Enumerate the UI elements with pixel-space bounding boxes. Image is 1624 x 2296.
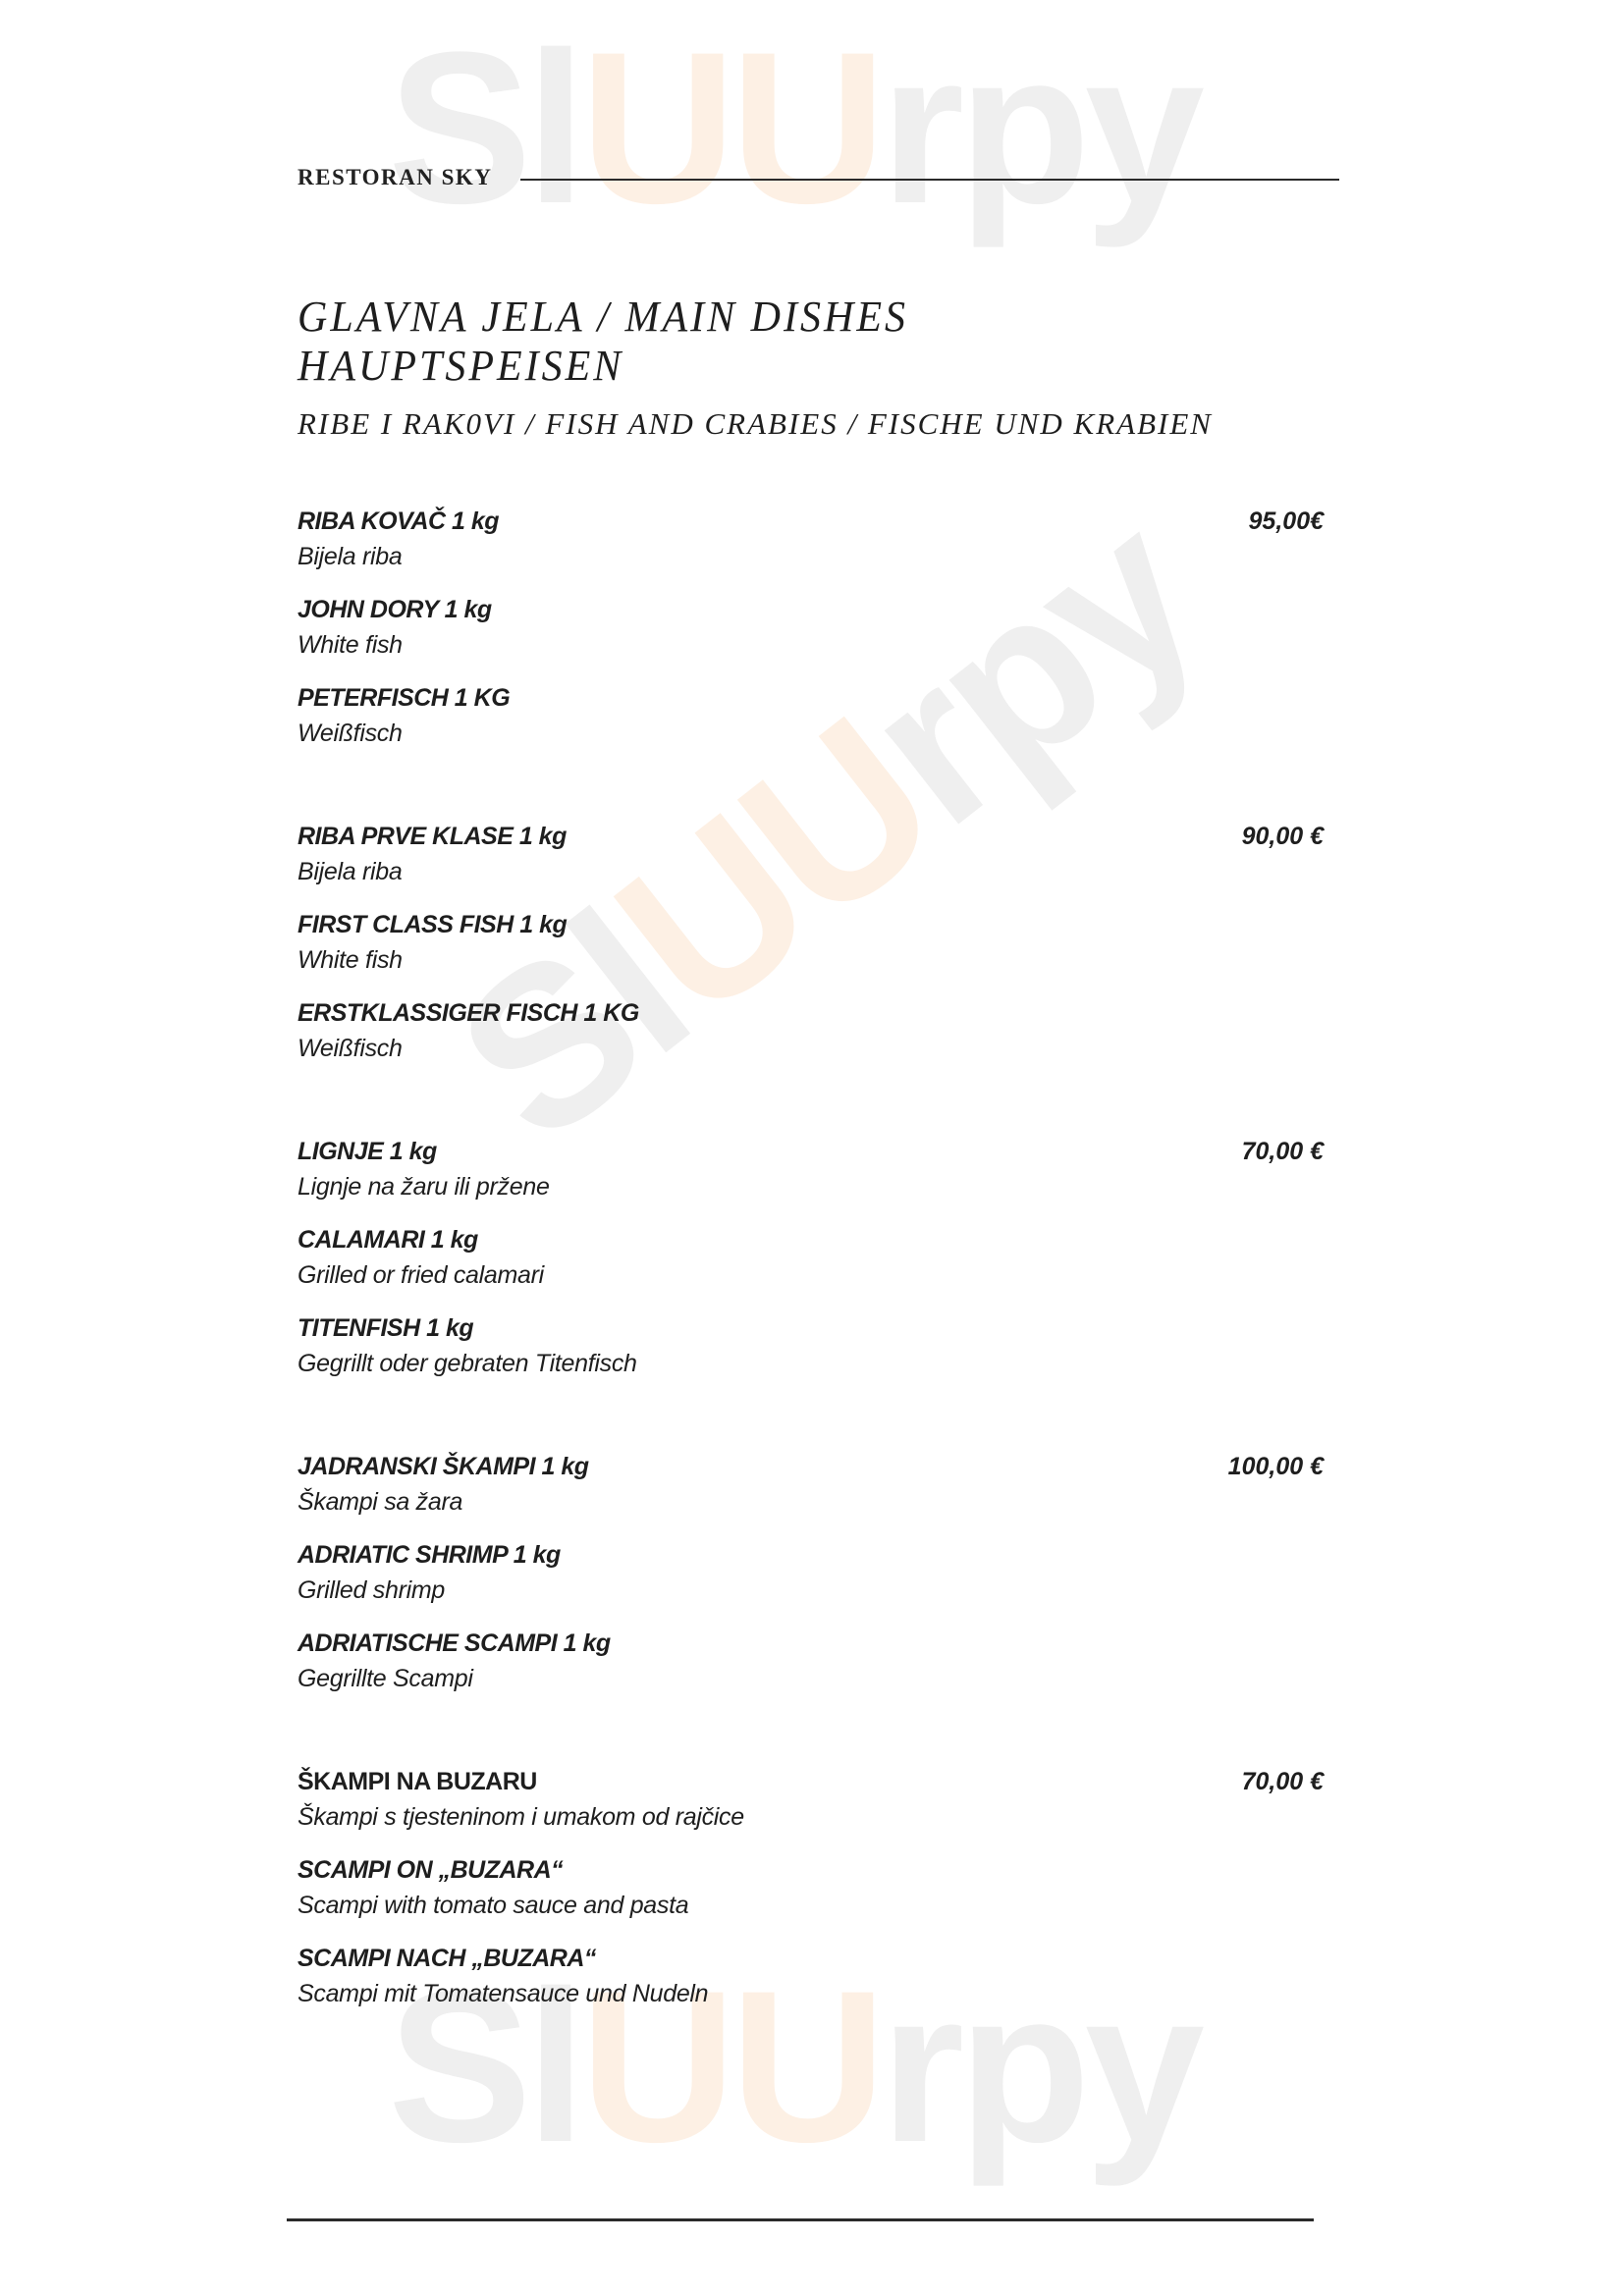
menu-item-description: Bijela riba <box>298 857 1324 886</box>
page-title-line-1: GLAVNA JELA / MAIN DISHES <box>298 293 908 342</box>
menu-item-name: SCAMPI NACH „BUZARA“ <box>298 1944 1324 1973</box>
menu-page: SlUUrpy SlUUrpy SlUUrpy RESTORAN SKY GLA… <box>0 0 1624 2296</box>
menu-item: TITENFISH 1 kgGegrillt oder gebraten Tit… <box>298 1313 1324 1402</box>
menu-item-description: Scampi with tomato sauce and pasta <box>298 1891 1324 1920</box>
menu-item: JADRANSKI ŠKAMPI 1 kgŠkampi sa žara <box>298 1452 1324 1540</box>
menu-section: 90,00 €RIBA PRVE KLASE 1 kgBijela ribaFI… <box>298 822 1324 1087</box>
menu-item-description: Weißfisch <box>298 1034 1324 1063</box>
menu-item: PETERFISCH 1 KGWeißfisch <box>298 683 1324 772</box>
menu-item: ADRIATISCHE SCAMPI 1 kgGegrillte Scampi <box>298 1629 1324 1717</box>
menu-item-description: Škampi sa žara <box>298 1487 1324 1517</box>
menu-item-description: White fish <box>298 945 1324 975</box>
menu-item-description: Bijela riba <box>298 542 1324 571</box>
header-divider <box>520 179 1339 181</box>
menu-item-name: ADRIATIC SHRIMP 1 kg <box>298 1540 1324 1570</box>
menu-item-description: Grilled or fried calamari <box>298 1260 1324 1290</box>
menu-item: LIGNJE 1 kgLignje na žaru ili pržene <box>298 1137 1324 1225</box>
menu-price: 90,00 € <box>1242 822 1324 851</box>
menu-item-name: ŠKAMPI NA BUZARU <box>298 1767 1324 1796</box>
restaurant-name: RESTORAN SKY <box>298 165 492 190</box>
menu-price: 70,00 € <box>1242 1137 1324 1166</box>
menu-item-name: SCAMPI ON „BUZARA“ <box>298 1855 1324 1885</box>
page-title-line-2: HAUPTSPEISEN <box>298 342 908 391</box>
menu-item-description: Weißfisch <box>298 719 1324 748</box>
menu-section: 95,00€RIBA KOVAČ 1 kgBijela ribaJOHN DOR… <box>298 507 1324 772</box>
menu-item: ADRIATIC SHRIMP 1 kgGrilled shrimp <box>298 1540 1324 1629</box>
menu-item: RIBA PRVE KLASE 1 kgBijela riba <box>298 822 1324 910</box>
menu-item: SCAMPI NACH „BUZARA“Scampi mit Tomatensa… <box>298 1944 1324 2032</box>
menu-item-description: Scampi mit Tomatensauce und Nudeln <box>298 1979 1324 2008</box>
menu-item: CALAMARI 1 kgGrilled or fried calamari <box>298 1225 1324 1313</box>
menu-item-name: RIBA KOVAČ 1 kg <box>298 507 1324 536</box>
menu-item: SCAMPI ON „BUZARA“Scampi with tomato sau… <box>298 1855 1324 1944</box>
menu-item-description: Škampi s tjesteninom i umakom od rajčice <box>298 1802 1324 1832</box>
menu-price: 70,00 € <box>1242 1767 1324 1796</box>
menu-price: 100,00 € <box>1228 1452 1324 1481</box>
menu-item: RIBA KOVAČ 1 kgBijela riba <box>298 507 1324 595</box>
menu-item-name: TITENFISH 1 kg <box>298 1313 1324 1343</box>
category-subtitle: RIBE I RAK0VI / FISH AND CRABIES / FISCH… <box>298 407 1213 441</box>
menu-item-description: Lignje na žaru ili pržene <box>298 1172 1324 1201</box>
menu-section: 70,00 €ŠKAMPI NA BUZARUŠkampi s tjesteni… <box>298 1767 1324 2032</box>
menu-item-description: Gegrillt oder gebraten Titenfisch <box>298 1349 1324 1378</box>
menu-item: ŠKAMPI NA BUZARUŠkampi s tjesteninom i u… <box>298 1767 1324 1855</box>
menu-item: ERSTKLASSIGER FISCH 1 KGWeißfisch <box>298 998 1324 1087</box>
menu-item-name: CALAMARI 1 kg <box>298 1225 1324 1255</box>
menu-section: 70,00 €LIGNJE 1 kgLignje na žaru ili prž… <box>298 1137 1324 1402</box>
menu-item-name: LIGNJE 1 kg <box>298 1137 1324 1166</box>
menu-item-name: RIBA PRVE KLASE 1 kg <box>298 822 1324 851</box>
footer-divider <box>287 2218 1314 2221</box>
menu-item-name: ERSTKLASSIGER FISCH 1 KG <box>298 998 1324 1028</box>
menu-item: FIRST CLASS FISH 1 kgWhite fish <box>298 910 1324 998</box>
menu-item-description: White fish <box>298 630 1324 660</box>
menu-item-description: Gegrillte Scampi <box>298 1664 1324 1693</box>
menu-item: JOHN DORY 1 kgWhite fish <box>298 595 1324 683</box>
menu-section: 100,00 €JADRANSKI ŠKAMPI 1 kgŠkampi sa ž… <box>298 1452 1324 1717</box>
menu-item-name: JADRANSKI ŠKAMPI 1 kg <box>298 1452 1324 1481</box>
menu-item-name: FIRST CLASS FISH 1 kg <box>298 910 1324 939</box>
menu-item-name: ADRIATISCHE SCAMPI 1 kg <box>298 1629 1324 1658</box>
menu-price: 95,00€ <box>1249 507 1324 536</box>
menu-item-name: JOHN DORY 1 kg <box>298 595 1324 624</box>
menu-item-name: PETERFISCH 1 KG <box>298 683 1324 713</box>
menu-item-description: Grilled shrimp <box>298 1575 1324 1605</box>
page-title: GLAVNA JELA / MAIN DISHES HAUPTSPEISEN <box>298 293 908 392</box>
